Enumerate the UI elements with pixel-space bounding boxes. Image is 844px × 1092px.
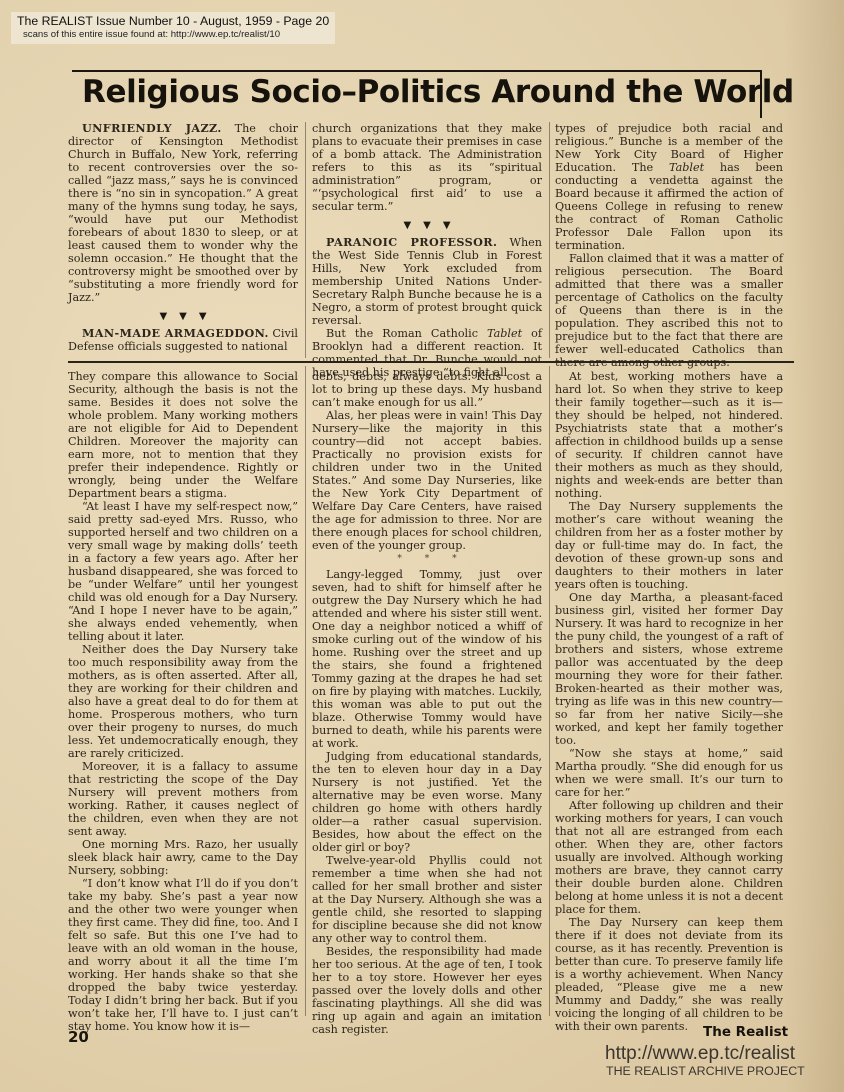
paragraph: “I don’t know what I’ll do if you don’t … <box>68 877 298 1033</box>
archive-header: The REALIST Issue Number 10 - August, 19… <box>11 12 335 44</box>
page-number: 20 <box>68 1028 89 1046</box>
asterisk-separator: * * * <box>322 553 542 566</box>
column-divider <box>549 122 550 358</box>
archive-project-label: THE REALIST ARCHIVE PROJECT <box>606 1064 805 1078</box>
paragraph: types of prejudice both racial and relig… <box>555 122 783 252</box>
article-man-made-armageddon: MAN-MADE ARMAGEDDON. Civil Defense offic… <box>68 327 298 353</box>
top-column-2: church organizations that they make plan… <box>312 122 542 379</box>
paragraph: “Now she stays at home,” said Martha pro… <box>555 747 783 799</box>
paragraph: Judging from educational standards, the … <box>312 750 542 854</box>
paragraph: The Day Nursery can keep them there if i… <box>555 916 783 1033</box>
archive-issue-line: The REALIST Issue Number 10 - August, 19… <box>17 14 329 29</box>
paragraph: One morning Mrs. Razo, her usually sleek… <box>68 838 298 877</box>
triangle-separator-icon: ▼▼▼ <box>324 219 542 232</box>
section-rule <box>68 361 794 363</box>
article-unfriendly-jazz: UNFRIENDLY JAZZ. The choir director of K… <box>68 122 298 304</box>
paragraph: The Day Nursery supplements the mother’s… <box>555 500 783 591</box>
paragraph: Langy-legged Tommy, just over seven, had… <box>312 568 542 750</box>
triangle-separator-icon: ▼▼▼ <box>80 310 298 323</box>
top-column-3: types of prejudice both racial and relig… <box>555 122 783 369</box>
bottom-column-2: debts, debts, always debts. Kids cost a … <box>312 370 542 1036</box>
column-divider <box>305 122 306 358</box>
paragraph: One day Martha, a pleasant-faced busines… <box>555 591 783 747</box>
paragraph: At best, working mothers have a hard lot… <box>555 370 783 500</box>
paragraph: Fallon claimed that it was a matter of r… <box>555 252 783 369</box>
section-heading: UNFRIENDLY JAZZ. <box>82 121 222 135</box>
paragraph: Alas, her pleas were in vain! This Day N… <box>312 409 542 552</box>
paragraph: church organizations that they make plan… <box>312 122 542 213</box>
article-paranoic-professor: PARANOIC PROFESSOR. When the West Side T… <box>312 236 542 327</box>
page-edge-shadow <box>784 0 844 1092</box>
column-divider <box>305 366 306 1016</box>
section-heading: MAN-MADE ARMAGEDDON. <box>82 326 269 340</box>
paragraph: Besides, the responsibility had made her… <box>312 945 542 1036</box>
archive-scans-line: scans of this entire issue found at: htt… <box>17 29 329 41</box>
magazine-logo: The Realist <box>703 1024 788 1040</box>
bottom-column-1: They compare this allowance to Social Se… <box>68 370 298 1033</box>
bottom-column-3: At best, working mothers have a hard lot… <box>555 370 783 1033</box>
paragraph: They compare this allowance to Social Se… <box>68 370 298 500</box>
section-heading: PARANOIC PROFESSOR. <box>326 235 497 249</box>
paragraph: After following up children and their wo… <box>555 799 783 916</box>
column-divider <box>549 366 550 1016</box>
page-title: Religious Socio–Politics Around the Worl… <box>82 74 794 110</box>
top-column-1: UNFRIENDLY JAZZ. The choir director of K… <box>68 122 298 353</box>
paragraph: Moreover, it is a fallacy to assume that… <box>68 760 298 838</box>
archive-url-link[interactable]: http://www.ep.tc/realist <box>605 1043 795 1065</box>
paragraph: Neither does the Day Nursery take too mu… <box>68 643 298 760</box>
paragraph: debts, debts, always debts. Kids cost a … <box>312 370 542 409</box>
paragraph: Twelve-year-old Phyllis could not rememb… <box>312 854 542 945</box>
paragraph: “At least I have my self-respect now,” s… <box>68 500 298 643</box>
